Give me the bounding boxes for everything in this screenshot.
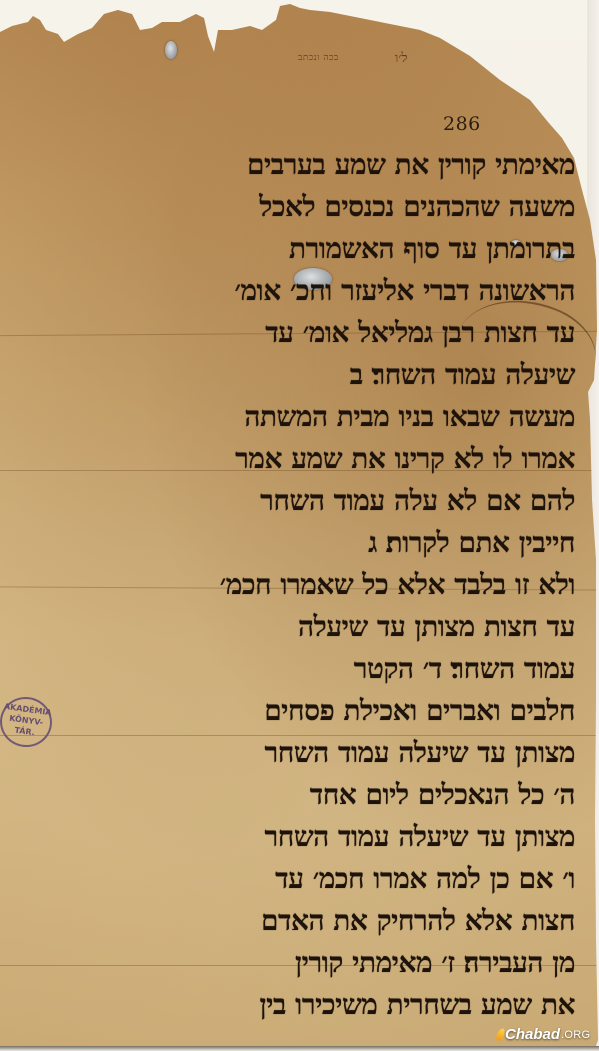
manuscript-line: חצות אלא להרחיק את האדם — [261, 904, 575, 938]
manuscript-line: מצותן עד שיעלה עמוד השחר — [265, 820, 576, 854]
manuscript-line: ולא זו בלבד אלא כל שאמרו חכמ׳ — [220, 568, 575, 602]
watermark-brand: Chabad — [505, 1026, 560, 1043]
folio-number: 286 — [443, 113, 481, 135]
manuscript-line: בתרומתן עד סוף האשמורת — [289, 232, 575, 266]
manuscript-line: חייבין אתם לקרות׃ ג — [368, 526, 575, 560]
manuscript-line: משעה שהכהנים נכנסים לאכל — [259, 190, 575, 224]
manuscript-line: מעשה שבאו בניו מבית המשתה — [244, 400, 575, 434]
archive-note: בכה ונכתב — [298, 52, 339, 63]
watermark-tld: .ORG — [561, 1029, 590, 1041]
manuscript-line: מן העבירה׃ ז׳ מאימתי קורין — [295, 946, 575, 980]
archive-mark: ל׳ו — [395, 50, 407, 66]
manuscript-line: ה׳ כל הנאכלים ליום אחד — [310, 778, 575, 812]
chabad-watermark: Chabad .ORG — [497, 1024, 590, 1044]
manuscript-line: עד חצות מצותן עד שיעלה — [298, 610, 575, 644]
manuscript-line: שיעלה עמוד השחר׃ ב — [350, 358, 575, 392]
manuscript-line: הראשונה דברי אליעזר וחכ׳ אומ׳ — [234, 274, 575, 308]
manuscript-line: ו׳ אם כן למה אמרו חכמ׳ עד — [275, 862, 575, 896]
parchment-hole — [165, 41, 177, 59]
manuscript-line: את שמע בשחרית משיכירו בין — [259, 988, 575, 1022]
manuscript-line: להם אם לא עלה עמוד השחר — [260, 484, 575, 518]
manuscript-line: עמוד השחר׃ ד׳ הקטר — [354, 652, 575, 686]
manuscript-line: מאימתי קורין את שמע בערבים — [247, 148, 575, 182]
manuscript-line: חלבים ואברים ואכילת פסחים — [264, 694, 575, 728]
page-shadow — [0, 1046, 599, 1051]
manuscript-line: אמרו לו לא קרינו את שמע אמר — [235, 442, 575, 476]
manuscript-line: עד חצות רבן גמליאל אומ׳ עד — [265, 316, 575, 350]
manuscript-line: מצותן עד שיעלה עמוד השחר — [265, 736, 576, 770]
